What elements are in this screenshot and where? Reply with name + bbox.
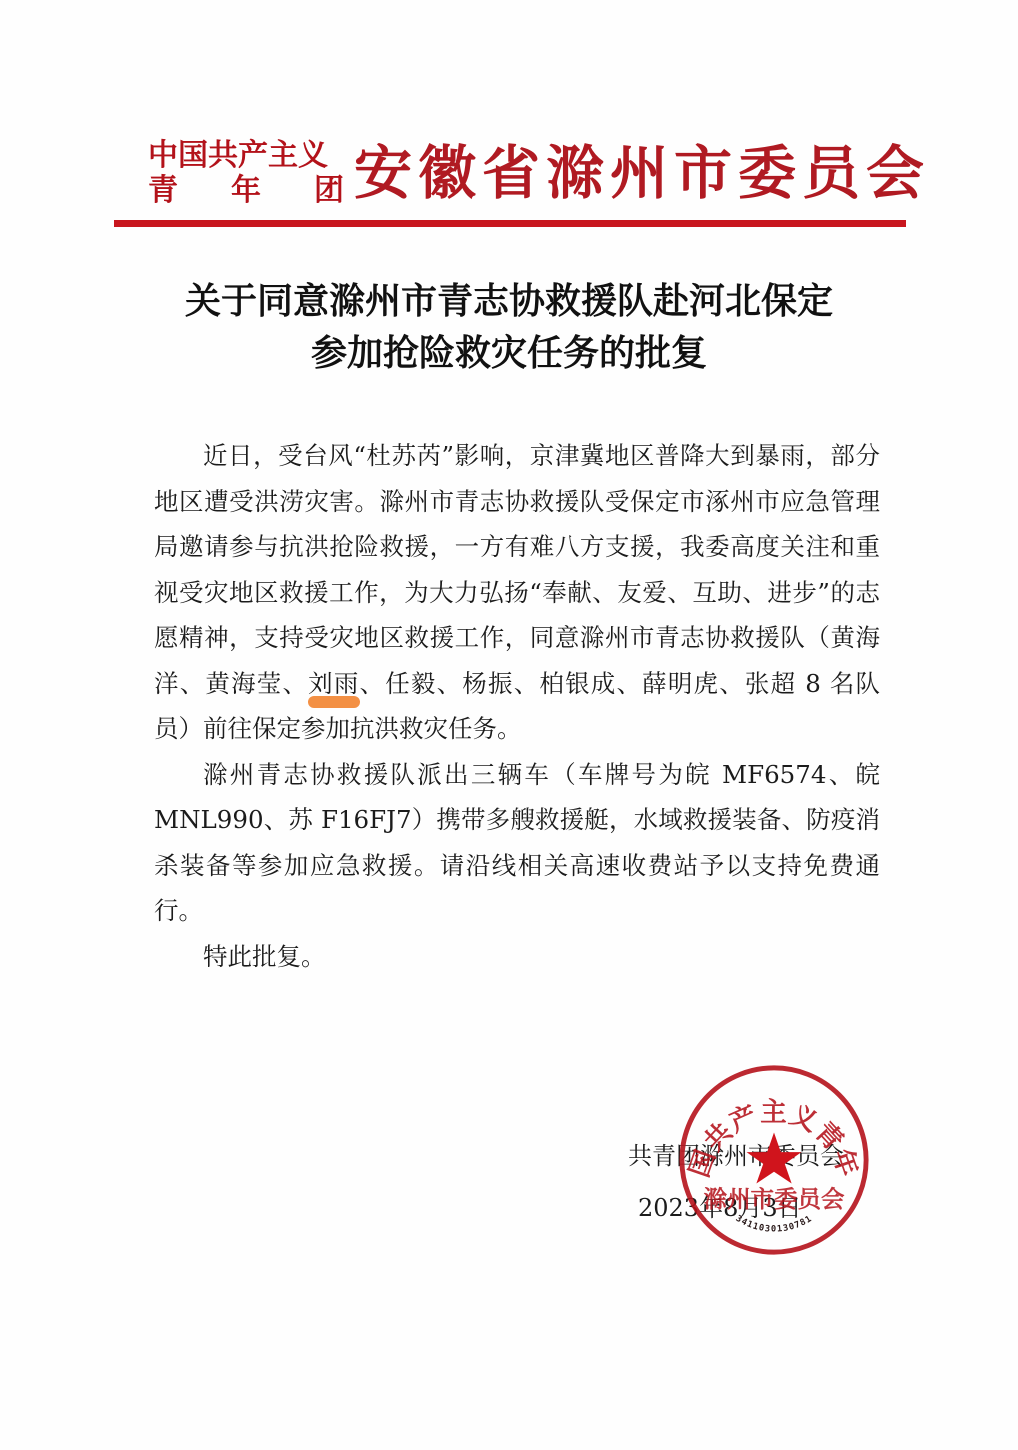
title-line-2: 参加抢险救灾任务的批复: [0, 328, 1018, 380]
document-title: 关于同意滁州市青志协救援队赴河北保定 参加抢险救灾任务的批复: [0, 276, 1018, 380]
letterhead-char: 青: [148, 173, 178, 208]
document-page: 中国共产主义 青 年 团 安徽省滁州市委员会 关于同意滁州市青志协救援队赴河北保…: [0, 0, 1018, 1450]
svg-text:3411030130781: 3411030130781: [734, 1214, 815, 1235]
paragraph-1-text-a: 近日，受台风“杜苏芮”影响，京津冀地区普降大到暴雨，部分地区遭受洪涝灾害。滁州市…: [154, 441, 880, 698]
paragraph-2: 滁州青志协救援队派出三辆车（车牌号为皖 MF6574、皖 MNL990、苏 F1…: [154, 752, 880, 934]
letterhead-prefix-line2: 青 年 团: [148, 173, 344, 208]
document-body: 近日，受台风“杜苏芮”影响，京津冀地区普降大到暴雨，部分地区遭受洪涝灾害。滁州市…: [154, 433, 880, 979]
letterhead: 中国共产主义 青 年 团 安徽省滁州市委员会: [148, 138, 930, 208]
seal-bottom-text: 滁州市委员会: [703, 1185, 845, 1213]
paragraph-3: 特此批复。: [154, 934, 880, 980]
letterhead-char: 年: [231, 173, 261, 208]
seal-code: 3411030130781: [734, 1214, 815, 1235]
red-star-icon: [747, 1133, 802, 1184]
letterhead-char: 团: [314, 173, 344, 208]
official-seal: 中国共产主义青年团 滁州市委员会 3411030130781: [676, 1062, 872, 1258]
paragraph-1: 近日，受台风“杜苏芮”影响，京津冀地区普降大到暴雨，部分地区遭受洪涝灾害。滁州市…: [154, 433, 880, 752]
letterhead-org-name: 安徽省滁州市委员会: [354, 138, 930, 208]
title-line-1: 关于同意滁州市青志协救援队赴河北保定: [0, 276, 1018, 328]
highlighted-name: 刘雨: [308, 669, 359, 698]
letterhead-red-rule: [114, 220, 906, 227]
letterhead-org-prefix: 中国共产主义 青 年 团: [148, 138, 344, 208]
letterhead-prefix-line1: 中国共产主义: [148, 138, 344, 173]
